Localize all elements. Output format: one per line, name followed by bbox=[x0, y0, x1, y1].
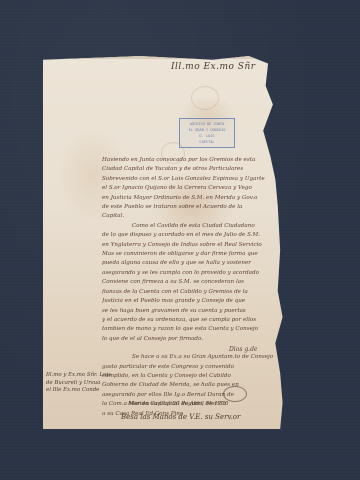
margin-line: de Bucareli y Ursua bbox=[46, 380, 116, 388]
body-line: Sobrevenido con el S.or Luis Gonzalez Es… bbox=[102, 175, 282, 184]
body-line: en Justicia Mayor Ordinario de S.M. en M… bbox=[102, 194, 282, 203]
body-line: gasto particular de este Congreso y conv… bbox=[102, 363, 282, 372]
closing-rubric: Dios g.de bbox=[229, 346, 257, 353]
salutation-heading: Ill.mo Ex.mo Sñr bbox=[171, 62, 256, 72]
body-line: lo que de el al Consejo por firmado. bbox=[102, 335, 282, 344]
body-line: se les haga buen gravamen de su cuenta y… bbox=[102, 307, 282, 316]
signature-flourish bbox=[223, 386, 247, 402]
body-line: fianzas de la Cuenta con el Cabildo y Gr… bbox=[102, 288, 282, 297]
body-line: de este Pueblo se trataron sobre el Acue… bbox=[102, 203, 282, 212]
body-line: Se hace a su Ex.a su Gran Ayuntam.to de … bbox=[102, 353, 282, 362]
letter-body: Haviendo en Junta convocada por los Grem… bbox=[102, 156, 282, 419]
body-line: Justicia en el Pueblo mas grande y Conse… bbox=[102, 297, 282, 306]
body-line: Como el Cavildo de esta Ciudad Ciudadano bbox=[102, 222, 282, 231]
body-line: y el acuerdo de su ordenanza, que se cum… bbox=[102, 316, 282, 325]
margin-line: Ill.mo y Ex.mo Sñr. Luis bbox=[46, 372, 116, 380]
water-stain bbox=[191, 86, 219, 110]
body-line: Haviendo en Junta convocada por los Grem… bbox=[102, 156, 282, 165]
body-line: en Ynglaterra y Consejo de Indias sobre … bbox=[102, 241, 282, 250]
body-line: de lo que dispuso y acordado en el mes d… bbox=[102, 231, 282, 240]
body-line: pueda alguna causa de ello y que se hall… bbox=[102, 259, 282, 268]
archive-stamp: ARCHIVO DE JUNTA EL GRAN Y CONSEJO D. LU… bbox=[179, 118, 235, 148]
body-line: asegurando y se les cumpla con lo provei… bbox=[102, 269, 282, 278]
body-line: Conviene con firmeza a su S.M. se conced… bbox=[102, 278, 282, 287]
body-line: el S.or Ignacio Quijano de la Cerrera Ce… bbox=[102, 184, 282, 193]
body-line: Gobierno de Ciudad de Merida, se halla p… bbox=[102, 381, 282, 390]
body-line: Mas se convinieron de obligarse y dar fi… bbox=[102, 250, 282, 259]
body-line: cumplido, en la Cuenta y Consejo del Cab… bbox=[102, 372, 282, 381]
dateline: Merida Capital 20 de Abril de 1770 bbox=[128, 401, 228, 407]
body-line: tambien de mano y razon lo que esta Cuen… bbox=[102, 325, 282, 334]
signature-line: Besa las Manos de V.E. su Serv.or bbox=[121, 413, 240, 421]
body-line: Ciudad Capital de Yucatan y de otros Par… bbox=[102, 165, 282, 174]
stamp-line: CAPITAL bbox=[180, 139, 234, 145]
margin-line: el Ille Ex.mo Conde bbox=[46, 387, 116, 395]
manuscript-page: Ill.mo Ex.mo Sñr ARCHIVO DE JUNTA EL GRA… bbox=[43, 56, 285, 429]
body-line: Capital. bbox=[102, 212, 282, 221]
addressee-margin-note: Ill.mo y Ex.mo Sñr. Luis de Bucareli y U… bbox=[46, 372, 116, 395]
body-line: asegurando por ellos Ille Ig.o Bernal Du… bbox=[102, 391, 282, 400]
